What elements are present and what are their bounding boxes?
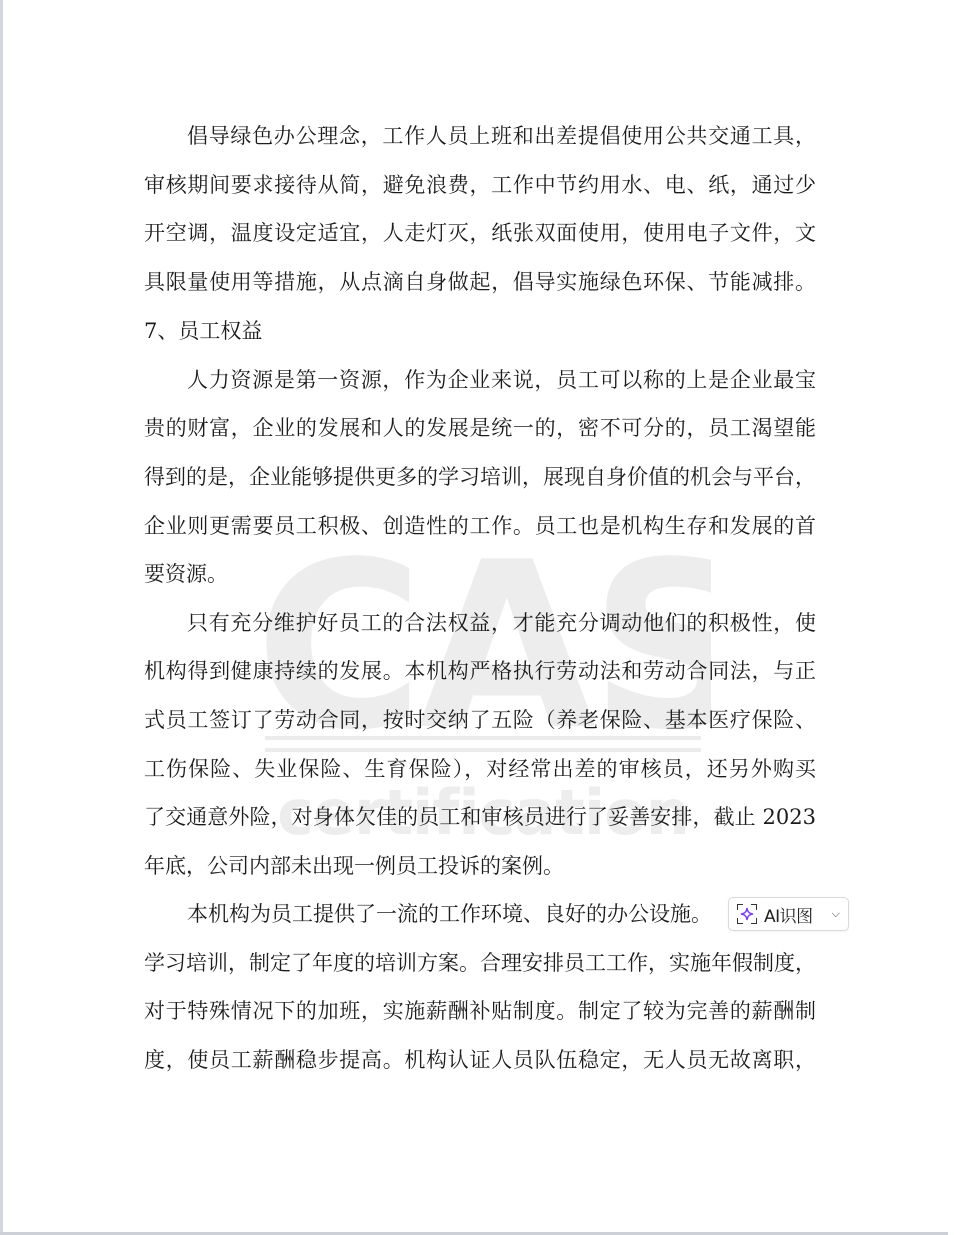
text-line: 对于特殊情况下的加班，实施薪酬补贴制度。制定了较为完善的薪酬制	[144, 996, 816, 1026]
text-line: 倡导绿色办公理念，工作人员上班和出差提倡使用公共交通工具，	[187, 121, 816, 151]
text-line: 贵的财富，企业的发展和人的发展是统一的，密不可分的，员工渴望能	[144, 413, 816, 443]
text-line: 开空调，温度设定适宜，人走灯灭，纸张双面使用，使用电子文件，文	[144, 218, 816, 248]
text-line: 人力资源是第一资源，作为企业来说，员工可以称的上是企业最宝	[187, 365, 816, 395]
text-line: 年底，公司内部未出现一例员工投诉的案例。	[144, 851, 816, 881]
text-line: 了交通意外险，对身体欠佳的员工和审核员进行了妥善安排，截止 2023	[144, 802, 816, 832]
section-heading: 7、员工权益	[144, 316, 816, 346]
text-line: 要资源。	[144, 559, 816, 589]
text-line: 本机构为员工提供了一流的工作环境、良好的办公设施。	[187, 899, 816, 929]
text-line: 机构得到健康持续的发展。本机构严格执行劳动法和劳动合同法，与正	[144, 656, 816, 686]
ai-image-recognition-button[interactable]: AI识图 ⌵	[728, 897, 849, 931]
text-line: 学习培训，制定了年度的培训方案。合理安排员工工作，实施年假制度，	[144, 948, 816, 978]
chevron-down-icon[interactable]: ⌵	[832, 907, 840, 921]
text-line: 式员工签订了劳动合同，按时交纳了五险（养老保险、基本医疗保险、	[144, 705, 816, 735]
text-line: 度，使员工薪酬稳步提高。机构认证人员队伍稳定，无人员无故离职，	[144, 1045, 816, 1075]
ai-button-label: AI识图	[764, 902, 813, 927]
text-line: 只有充分维护好员工的合法权益，才能充分调动他们的积极性，使	[187, 608, 816, 638]
sparkle-scan-icon	[737, 904, 757, 924]
text-line: 工伤保险、失业保险、生育保险），对经常出差的审核员，还另外购买	[144, 754, 816, 784]
text-line: 企业则更需要员工积极、创造性的工作。员工也是机构生存和发展的首	[144, 511, 816, 541]
text-line: 得到的是，企业能够提供更多的学习培训，展现自身价值的机会与平台，	[144, 462, 816, 492]
text-line: 审核期间要求接待从简，避免浪费，工作中节约用水、电、纸，通过少	[144, 170, 816, 200]
text-line: 具限量使用等措施，从点滴自身做起，倡导实施绿色环保、节能减排。	[144, 267, 816, 297]
